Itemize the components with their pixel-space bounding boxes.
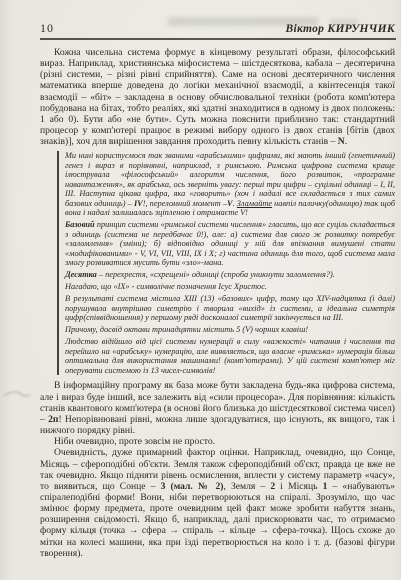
page-header: 10 Віктор КИРУНЧИК bbox=[40, 21, 395, 36]
body-paragraph: Очевидність, дуже примарний фактор оцінк… bbox=[40, 447, 395, 559]
page-body: Кожна чисельна система формує в кінцевом… bbox=[40, 47, 395, 559]
quote-paragraph: Базовий принцип системи «римської систем… bbox=[65, 220, 395, 268]
quote-paragraph: Причому, досвід октави тринадцятки місти… bbox=[65, 325, 395, 335]
header-rule bbox=[40, 38, 396, 40]
running-head-author: Віктор КИРУНЧИК bbox=[286, 23, 395, 35]
quote-paragraph: В результаті система містила XIII (13) «… bbox=[65, 294, 395, 323]
quote-paragraph: Ми нині користуємося так званими «арабсь… bbox=[65, 151, 395, 218]
body-paragraph: Кожна чисельна система формує в кінцевом… bbox=[40, 47, 395, 147]
page-number: 10 bbox=[40, 21, 54, 36]
book-page: 10 Віктор КИРУНЧИК Кожна чисельна систем… bbox=[0, 0, 401, 580]
quote-paragraph: Десятка – перехрестя, «схрещені» одиниці… bbox=[65, 270, 395, 280]
body-paragraph: Ніби очевидно, проте зовсім не просто. bbox=[40, 436, 395, 447]
quote-paragraph: Людство відійшло від цієї системи нумера… bbox=[65, 337, 395, 375]
quote-paragraph: Нагадаю, що «IX» - символічне позначення… bbox=[65, 282, 395, 292]
body-paragraph: В інформаційну програму як база може бут… bbox=[40, 380, 395, 436]
margin-pencil-smudge bbox=[2, 388, 34, 402]
quote-block: Ми нині користуємося так званими «арабсь… bbox=[57, 151, 395, 375]
